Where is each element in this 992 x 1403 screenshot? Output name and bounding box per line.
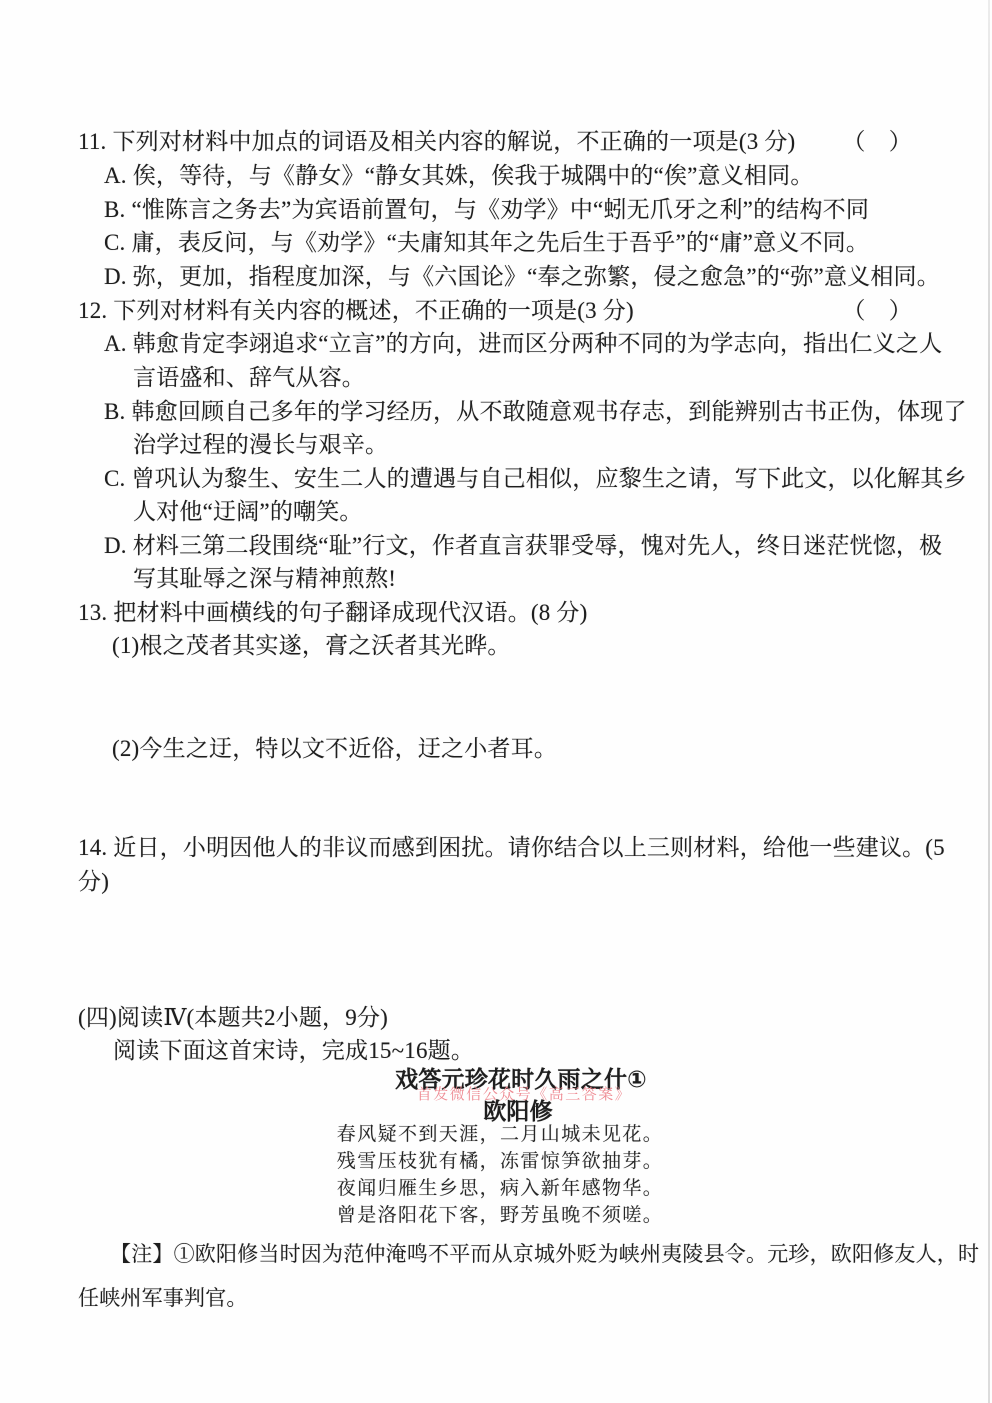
q11-option-d: D. 弥，更加，指程度加深，与《六国论》“奉之弥繁，侵之愈急”的“弥”意义相同。: [104, 264, 940, 290]
poem-note-line2: 任峡州军事判官。: [78, 1286, 248, 1310]
q11-option-c: C. 庸，表反问，与《劝学》“夫庸知其年之先后生于吾乎”的“庸”意义不同。: [104, 230, 869, 256]
q11-stem: 11. 下列对材料中加点的词语及相关内容的解说，不正确的一项是(3 分): [78, 129, 795, 155]
q12-option-b-line2: 治学过程的漫长与艰辛。: [133, 432, 388, 458]
q11-option-b: B. “惟陈言之务去”为宾语前置句，与《劝学》中“蚓无爪牙之利”的结构不同: [104, 197, 869, 223]
q13-stem: 13. 把材料中画横线的句子翻译成现代汉语。(8 分): [78, 600, 587, 626]
q13-part1: (1)根之茂者其实遂，膏之沃者其光晔。: [112, 633, 511, 659]
page-edge-line: [988, 0, 990, 1403]
q12-option-a-line2: 言语盛和、辞气从容。: [133, 365, 365, 391]
q13-part2: (2)今生之迂，特以文不近俗，迂之小者耳。: [112, 736, 557, 762]
poem-line-1: 春风疑不到天涯，二月山城未见花。: [4, 1124, 992, 1146]
section4-instruction: 阅读下面这首宋诗，完成15~16题。: [113, 1038, 474, 1064]
q12-option-b-line1: B. 韩愈回顾自己多年的学习经历，从不敢随意观书存志，到能辨别古书正伪，体现了: [104, 399, 967, 425]
poem-line-3: 夜闻归雁生乡思，病入新年感物华。: [4, 1178, 992, 1200]
q11-answer-bracket: （ ）: [842, 129, 912, 155]
poem-note-line1: 【注】①欧阳修当时因为范仲淹鸣不平而从京城外贬为峡州夷陵县令。元珍，欧阳修友人，…: [110, 1242, 979, 1266]
poem-line-2: 残雪压枝犹有橘，冻雷惊笋欲抽芽。: [4, 1151, 992, 1173]
section4-heading: (四)阅读Ⅳ(本题共2小题，9分): [78, 1005, 388, 1031]
exam-page: 11. 下列对材料中加点的词语及相关内容的解说，不正确的一项是(3 分) （ ）…: [0, 0, 992, 1403]
q12-option-d-line2: 写其耻辱之深与精神煎熬!: [133, 566, 396, 592]
poem-line-4: 曾是洛阳花下客，野芳虽晚不须嗟。: [4, 1205, 992, 1227]
q12-stem: 12. 下列对材料有关内容的概述，不正确的一项是(3 分): [78, 298, 634, 324]
q14-line2: 分): [78, 869, 109, 895]
q12-option-c-line1: C. 曾巩认为黎生、安生二人的遭遇与自己相似，应黎生之请，写下此文，以化解其乡: [104, 466, 967, 492]
q12-answer-bracket: （ ）: [842, 298, 912, 324]
q14-line1: 14. 近日，小明因他人的非议而感到困扰。请你结合以上三则材料，给他一些建议。(…: [78, 835, 945, 861]
q12-option-a-line1: A. 韩愈肯定李翊追求“立言”的方向，进而区分两种不同的为学志向，指出仁义之人: [104, 331, 942, 357]
poem-author: 欧阳修: [22, 1098, 992, 1124]
q12-option-c-line2: 人对他“迂阔”的嘲笑。: [133, 499, 363, 525]
q11-option-a: A. 俟，等待，与《静女》“静女其姝，俟我于城隅中的“俟”意义相同。: [104, 163, 814, 189]
q12-option-d-line1: D. 材料三第二段围绕“耻”行文，作者直言获罪受辱，愧对先人，终日迷茫恍惚，极: [104, 533, 942, 559]
